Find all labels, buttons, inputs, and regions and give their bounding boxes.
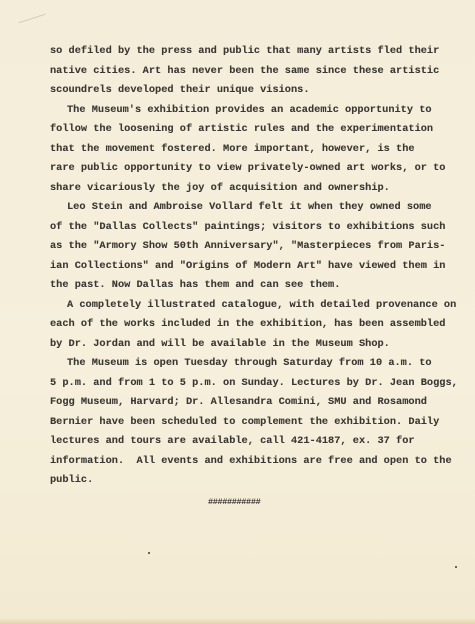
text-line: that the movement fostered. More importa… [50, 140, 470, 160]
paragraph-start-line: A completely illustrated catalogue, with… [50, 296, 470, 316]
paragraph-start-line: The Museum is open Tuesday through Satur… [50, 354, 470, 374]
text-line: of the "Dallas Collects" paintings; visi… [50, 218, 470, 238]
paragraph-start-line: Leo Stein and Ambroise Vollard felt it w… [50, 198, 470, 218]
paper-page: so defiled by the press and public that … [0, 0, 475, 624]
text-line: ian Collections" and "Origins of Modern … [50, 257, 470, 277]
paper-scratch-mark [19, 14, 46, 24]
text-line: rare public opportunity to view privatel… [50, 159, 470, 179]
paragraph-start-line: The Museum's exhibition provides an acad… [50, 101, 470, 121]
text-line: lectures and tours are available, call 4… [50, 432, 470, 452]
text-line: by Dr. Jordan and will be available in t… [50, 335, 470, 355]
ink-speck [455, 566, 457, 568]
text-line: Bernier have been scheduled to complemen… [50, 413, 470, 433]
text-line: native cities. Art has never been the sa… [50, 62, 470, 82]
text-line: the past. Now Dallas has them and can se… [50, 276, 470, 296]
text-line: so defiled by the press and public that … [50, 42, 470, 62]
press-release-body: so defiled by the press and public that … [50, 42, 470, 491]
text-line: share vicariously the joy of acquisition… [50, 179, 470, 199]
text-line: public. [50, 471, 470, 491]
text-line: Fogg Museum, Harvard; Dr. Allesandra Com… [50, 393, 470, 413]
text-line: as the "Armory Show 50th Anniversary", "… [50, 237, 470, 257]
ink-speck [148, 552, 150, 554]
text-line: each of the works included in the exhibi… [50, 315, 470, 335]
end-of-release-mark: ########### [208, 497, 260, 507]
text-line: information. All events and exhibitions … [50, 452, 470, 472]
text-line: scoundrels developed their unique vision… [50, 81, 470, 101]
text-line: follow the loosening of artistic rules a… [50, 120, 470, 140]
text-line: 5 p.m. and from 1 to 5 p.m. on Sunday. L… [50, 374, 470, 394]
